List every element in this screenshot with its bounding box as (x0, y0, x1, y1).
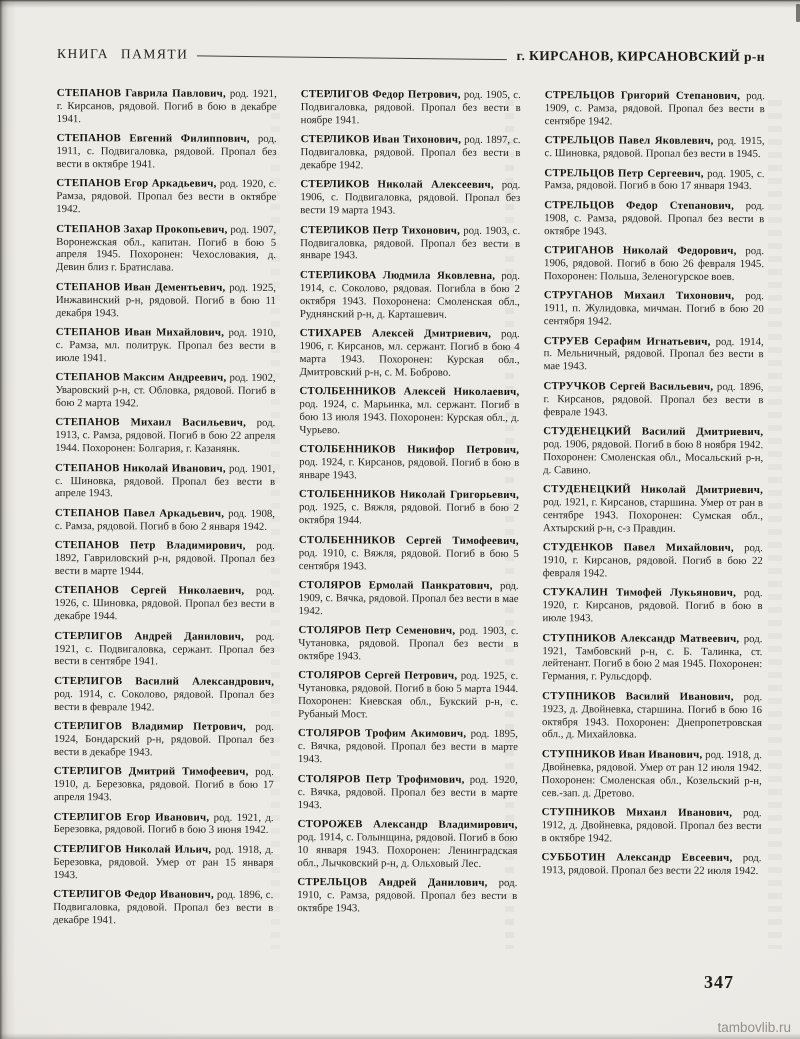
column-3: СТРЕЛЬЦОВ Григорий Степанович, род. 1909… (541, 89, 765, 936)
memorial-entry: СТУКАЛИН Тимофей Лукьянович, род. 1920, … (542, 587, 762, 627)
column-1: СТЕПАНОВ Гаврила Павлович, род. 1921, г.… (53, 87, 277, 934)
person-name: СТРЕЛЬЦОВ Павел Яковлевич, (545, 134, 714, 147)
person-name: СТЕРЛИГОВ Егор Иванович, (54, 810, 210, 823)
header-rule-line (197, 55, 507, 60)
person-details: род. 1914, с. Голынщина, рядовой. Погиб … (297, 831, 517, 870)
person-details: род. 1924, с. Марьинка, мл. сержант. Пог… (299, 398, 519, 436)
person-name: СТУПНИКОВ Александр Матвеевич, (542, 632, 739, 645)
person-name: СТИХАРЕВ Алексей Дмитриевич, (300, 327, 492, 340)
memorial-entry: СТРУЧКОВ Сергей Васильевич, род. 1896, г… (543, 380, 763, 420)
person-name: СТУДЕНЕЦКИЙ Василий Дмитриевич, (543, 425, 763, 438)
memorial-entry: СТЕПАНОВ Егор Аркадьевич, род. 1920, с. … (56, 177, 276, 217)
memorial-entry: СТОЛЯРОВ Петр Семенович, род. 1903, с. Ч… (298, 624, 518, 664)
memorial-entry: СТУПНИКОВ Иван Иванович, род. 1918, д. Д… (542, 748, 762, 801)
scanned-page: КНИГА ПАМЯТИ г. КИРСАНОВ, КИРСАНОВСКИЙ р… (0, 0, 800, 1039)
page-number: 347 (704, 972, 734, 993)
memorial-entry: СТЕПАНОВ Иван Дементьевич, род. 1925, Ин… (56, 281, 276, 321)
memorial-entry: СТОЛБЕННИКОВ Николай Григорьевич, род. 1… (299, 489, 519, 529)
page-header: КНИГА ПАМЯТИ г. КИРСАНОВ, КИРСАНОВСКИЙ р… (57, 46, 765, 65)
memorial-entry: СТУДЕНЕЦКИЙ Василий Дмитриевич, род. 190… (543, 425, 763, 478)
person-name: СТРИГАНОВ Николай Федорович, (544, 244, 737, 257)
person-name: СТОЛЯРОВ Трофим Акимович, (298, 728, 466, 741)
memorial-entry: СТРЕЛЬЦОВ Андрей Данилович, род. 1910, с… (297, 876, 517, 916)
memorial-entry: СТЕПАНОВ Иван Михайлович, род. 1910, с. … (56, 326, 276, 366)
person-name: СТОЛЯРОВ Петр Трофимович, (298, 773, 465, 786)
person-details: род. 1924, г. Кирсанов, рядовой. Погиб в… (299, 456, 519, 481)
person-details: род. 1914, с. Соколово, рядовой. Пропал … (54, 688, 274, 713)
memorial-entry: СТУПНИКОВ Александр Матвеевич, род. 1921… (542, 632, 762, 685)
memorial-entry: СТЕПАНОВ Захар Прокопьевич, род. 1907, В… (56, 223, 276, 276)
memorial-entry: СТОЛБЕННИКОВ Сергей Тимофеевич, род. 191… (299, 534, 519, 574)
memorial-entry: СТОРОЖЕВ Александр Владимирович, род. 19… (297, 818, 517, 871)
person-name: СТЕПАНОВ Сергей Николаевич, (55, 584, 245, 597)
memorial-entry: СТЕРЛИГОВ Дмитрий Тимофеевич, род. 1910,… (54, 765, 274, 805)
memorial-entry: СТЕПАНОВ Гаврила Павлович, род. 1921, г.… (57, 87, 277, 127)
book-title: КНИГА ПАМЯТИ (57, 46, 189, 63)
memorial-entry: СТРЕЛЬЦОВ Павел Яковлевич, род. 1915, с.… (545, 134, 765, 161)
person-name: СТОЛБЕННИКОВ Алексей Николаевич, (299, 385, 519, 398)
person-name: СТЕРЛИКОВА Людмила Яковлевна, (300, 269, 495, 282)
person-name: СТОЛБЕННИКОВ Сергей Тимофеевич, (299, 534, 519, 547)
person-name: СТЕПАНОВ Петр Владимирович, (55, 539, 246, 552)
person-name: СТЕПАНОВ Иван Дементьевич, (56, 281, 226, 294)
person-name: СТЕРЛИКОВ Николай Алексеевич, (300, 179, 493, 192)
person-name: СТЕПАНОВ Михаил Васильевич, (55, 416, 246, 429)
scan-edge-top (0, 0, 800, 8)
library-watermark: tambovlib.ru (717, 1020, 791, 1035)
memorial-entry: СТЕРЛИКОВ Иван Тихонович, род. 1897, с. … (300, 133, 520, 173)
memorial-entry: СТЕПАНОВ Евгений Филиппович, род. 1911, … (56, 132, 276, 172)
person-name: СТУПНИКОВ Михаил Иванович, (542, 806, 733, 819)
person-name: СТРЕЛЬЦОВ Андрей Данилович, (297, 876, 487, 889)
memorial-entry: СТЕРЛИГОВ Егор Иванович, род. 1921, д. Б… (54, 810, 274, 837)
scan-edge-bottom (0, 1033, 800, 1039)
memorial-entry: СТЕПАНОВ Сергей Николаевич, род. 1926, с… (54, 584, 274, 624)
person-name: СТЕПАНОВ Егор Аркадьевич, (56, 177, 216, 190)
person-name: СТОЛБЕННИКОВ Никифор Петрович, (299, 443, 519, 456)
memorial-entry: СТИХАРЕВ Алексей Дмитриевич, род. 1906, … (300, 327, 520, 380)
memorial-entry: СТЕРЛИКОВА Людмила Яковлевна, род. 1914,… (300, 269, 520, 322)
bleedthrough-artifact (768, 100, 782, 949)
memorial-entry: СТЕРЛИГОВ Андрей Данилович, род. 1921, с… (54, 630, 274, 670)
memorial-entry: СТЕРЛИГОВ Федор Петрович, род. 1905, с. … (301, 88, 521, 128)
memorial-entry: СТУДЕНКОВ Павел Михайлович, род. 1910, г… (543, 541, 763, 581)
person-name: СТУДЕНЕЦКИЙ Николай Дмитриевич, (543, 483, 763, 496)
memorial-entry: СУББОТИН Александр Евсеевич, род. 1913, … (541, 851, 761, 878)
person-name: СТЕПАНОВ Максим Андреевич, (56, 371, 227, 384)
memorial-entry: СТОЛБЕННИКОВ Алексей Николаевич, род. 19… (299, 385, 519, 438)
memorial-entry: СТРУГАНОВ Михаил Тихонович, род. 1911, п… (544, 289, 764, 329)
person-name: СТЕПАНОВ Иван Михайлович, (56, 326, 224, 339)
person-name: СТРУГАНОВ Михаил Тихонович, (544, 289, 734, 302)
memorial-entry: СТРЕЛЬЦОВ Петр Сергеевич, род. 1905, с. … (544, 167, 764, 194)
person-name: СТРУЧКОВ Сергей Васильевич, (543, 380, 713, 393)
memorial-entry: СТУПНИКОВ Василий Иванович, род. 1923, д… (542, 690, 762, 743)
person-details: род. 1906, рядовой. Погиб в бою 8 ноября… (543, 438, 763, 476)
memorial-entry: СТОЛЯРОВ Сергей Петрович, род. 1925, с. … (298, 669, 518, 722)
person-name: СТЕПАНОВ Захар Прокопьевич, (56, 223, 227, 236)
person-name: СТЕРЛИГОВ Владимир Петрович, (54, 720, 246, 733)
person-name: СТОЛЯРОВ Петр Семенович, (298, 624, 455, 637)
memorial-entry: СТОЛБЕННИКОВ Никифор Петрович, род. 1924… (299, 443, 519, 483)
person-name: СТЕРЛИКОВ Петр Тихонович, (300, 224, 460, 237)
person-name: СТУПНИКОВ Василий Иванович, (542, 690, 734, 703)
person-name: СТЕПАНОВ Гаврила Павлович, (57, 87, 226, 100)
memorial-entry: СТЕРЛИГОВ Федор Иванович, род. 1896, с. … (53, 888, 273, 928)
person-name: СТЕРЛИГОВ Василий Александрович, (54, 675, 274, 688)
person-name: СТРЕЛЬЦОВ Петр Сергеевич, (544, 167, 703, 180)
person-name: СТЕПАНОВ Евгений Филиппович, (57, 132, 250, 145)
person-details: род. 1925, с. Вяжля, рядовой. Погиб в бо… (299, 501, 519, 526)
person-name: СТУПНИКОВ Иван Иванович, (542, 748, 703, 761)
person-name: СТЕРЛИГОВ Николай Ильич, (53, 843, 211, 856)
page-content: КНИГА ПАМЯТИ г. КИРСАНОВ, КИРСАНОВСКИЙ р… (53, 46, 765, 936)
memorial-entry: СТРЕЛЬЦОВ Федор Степанович, род. 1908, с… (544, 199, 764, 239)
memorial-entry: СТЕПАНОВ Павел Аркадьевич, род. 1908, с.… (55, 507, 275, 534)
memorial-entry: СТЕПАНОВ Максим Андреевич, род. 1902, Ув… (55, 371, 275, 411)
column-2: СТЕРЛИГОВ Федор Петрович, род. 1905, с. … (297, 88, 521, 935)
person-name: СТРУЕВ Серафим Игнатьевич, (544, 335, 711, 348)
person-name: СТОЛЯРОВ Ермолай Панкратович, (299, 579, 493, 592)
memorial-entry: СТУДЕНЕЦКИЙ Николай Дмитриевич, род. 192… (543, 483, 763, 536)
person-name: СТЕРЛИГОВ Федор Петрович, (301, 88, 461, 101)
memorial-entry: СТЕРЛИКОВ Петр Тихонович, род. 1903, с. … (300, 224, 520, 264)
person-details: род. 1921, г. Кирсанов, старшина. Умер о… (543, 496, 763, 534)
memorial-entry: СТЕРЛИКОВ Николай Алексеевич, род. 1906,… (300, 179, 520, 219)
memorial-entry: СТЕПАНОВ Николай Иванович, род. 1901, с.… (55, 462, 275, 502)
person-name: СТОРОЖЕВ Александр Владимирович, (298, 818, 518, 831)
memorial-entry: СТРУЕВ Серафим Игнатьевич, род. 1914, п.… (544, 335, 764, 375)
memorial-entry: СТРИГАНОВ Николай Федорович, род. 1906, … (544, 244, 764, 284)
memorial-entry: СТОЛЯРОВ Петр Трофимович, род. 1920, с. … (298, 773, 518, 813)
person-name: СТРЕЛЬЦОВ Федор Степанович, (544, 199, 734, 212)
person-name: СТЕПАНОВ Николай Иванович, (55, 462, 226, 475)
memorial-entry: СТЕРЛИГОВ Николай Ильич, род. 1918, д. Б… (53, 843, 273, 883)
person-name: СТЕПАНОВ Павел Аркадьевич, (55, 507, 224, 520)
memorial-entry: СТЕРЛИГОВ Владимир Петрович, род. 1924, … (54, 720, 274, 760)
memorial-entry: СТЕРЛИГОВ Василий Александрович, род. 19… (54, 675, 274, 715)
memorial-entry: СТОЛЯРОВ Трофим Акимович, род. 1895, с. … (298, 728, 518, 768)
person-name: СТОЛБЕННИКОВ Николай Григорьевич, (299, 489, 519, 502)
person-name: СТУДЕНКОВ Павел Михайлович, (543, 541, 734, 554)
person-details: род. 1910, с. Вяжля, рядовой. Погиб в бо… (299, 547, 519, 572)
district-title: г. КИРСАНОВ, КИРСАНОВСКИЙ р-н (516, 48, 765, 65)
person-name: СТОЛЯРОВ Сергей Петрович, (298, 669, 457, 682)
person-name: СТЕРЛИГОВ Дмитрий Тимофеевич, (54, 765, 249, 778)
person-name: СУББОТИН Александр Евсеевич, (541, 851, 732, 864)
memorial-entry: СТЕПАНОВ Петр Владимирович, род. 1892, Г… (55, 539, 275, 579)
memorial-entry: СТЕПАНОВ Михаил Васильевич, род. 1913, с… (55, 416, 275, 456)
memorial-entry: СТРЕЛЬЦОВ Григорий Степанович, род. 1909… (545, 89, 765, 129)
person-name: СТЕРЛИГОВ Андрей Данилович, (54, 630, 244, 643)
memorial-columns: СТЕПАНОВ Гаврила Павлович, род. 1921, г.… (53, 87, 765, 936)
person-name: СТЕРЛИГОВ Федор Иванович, (53, 888, 214, 901)
scan-corner-mark (796, 4, 800, 22)
scan-edge-left (0, 0, 16, 1039)
memorial-entry: СТУПНИКОВ Михаил Иванович, род. 1912, д.… (542, 806, 762, 846)
person-name: СТУКАЛИН Тимофей Лукьянович, (543, 587, 737, 600)
person-name: СТРЕЛЬЦОВ Григорий Степанович, (545, 89, 740, 102)
person-name: СТЕРЛИКОВ Иван Тихонович, (301, 133, 462, 146)
memorial-entry: СТОЛЯРОВ Ермолай Панкратович, род. 1909,… (299, 579, 519, 619)
